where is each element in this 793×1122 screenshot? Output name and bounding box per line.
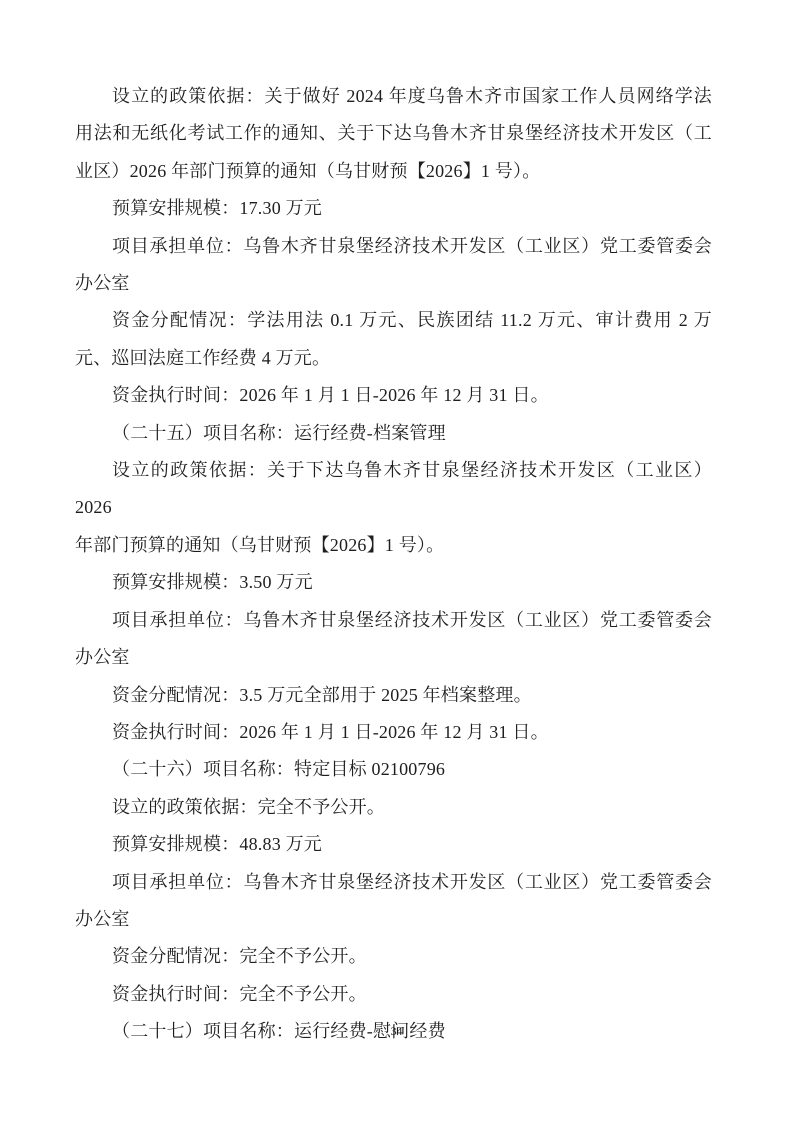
document-line: 设立的政策依据：完全不予公开。 [75, 789, 712, 826]
document-line: 资金执行时间：2026 年 1 月 1 日-2026 年 12 月 31 日。 [75, 377, 712, 414]
document-line: 资金执行时间：2026 年 1 月 1 日-2026 年 12 月 31 日。 [75, 714, 712, 751]
document-line: 资金分配情况：3.5 万元全部用于 2025 年档案整理。 [75, 677, 712, 714]
page-number: 34 [391, 1024, 403, 1038]
document-line: 设立的政策依据：关于下达乌鲁木齐甘泉堡经济技术开发区（工业区）2026 [75, 452, 712, 527]
document-line: 年部门预算的通知（乌甘财预【2026】1 号）。 [75, 527, 712, 564]
document-line: 预算安排规模：17.30 万元 [75, 190, 712, 227]
document-line: 资金执行时间：完全不予公开。 [75, 976, 712, 1013]
page-footer: 34 [0, 1023, 793, 1039]
document-line: 办公室 [75, 265, 712, 302]
document-line: 办公室 [75, 639, 712, 676]
document-line: 设立的政策依据：关于做好 2024 年度乌鲁木齐市国家工作人员网络学法 [75, 78, 712, 115]
document-line: （二十六）项目名称：特定目标 02100796 [75, 751, 712, 788]
document-page: 设立的政策依据：关于做好 2024 年度乌鲁木齐市国家工作人员网络学法用法和无纸… [0, 0, 793, 1122]
document-line: 业区）2026 年部门预算的通知（乌甘财预【2026】1 号）。 [75, 153, 712, 190]
document-line: 资金分配情况：学法用法 0.1 万元、民族团结 11.2 万元、审计费用 2 万 [75, 302, 712, 339]
document-line: 办公室 [75, 901, 712, 938]
document-line: 预算安排规模：48.83 万元 [75, 826, 712, 863]
document-line: 预算安排规模：3.50 万元 [75, 564, 712, 601]
document-line: 项目承担单位：乌鲁木齐甘泉堡经济技术开发区（工业区）党工委管委会 [75, 228, 712, 265]
document-body: 设立的政策依据：关于做好 2024 年度乌鲁木齐市国家工作人员网络学法用法和无纸… [75, 78, 712, 1051]
document-line: 元、巡回法庭工作经费 4 万元。 [75, 340, 712, 377]
document-line: 用法和无纸化考试工作的通知、关于下达乌鲁木齐甘泉堡经济技术开发区（工 [75, 115, 712, 152]
document-line: 项目承担单位：乌鲁木齐甘泉堡经济技术开发区（工业区）党工委管委会 [75, 864, 712, 901]
document-line: 资金分配情况：完全不予公开。 [75, 938, 712, 975]
document-line: 项目承担单位：乌鲁木齐甘泉堡经济技术开发区（工业区）党工委管委会 [75, 602, 712, 639]
document-line: （二十五）项目名称：运行经费-档案管理 [75, 415, 712, 452]
